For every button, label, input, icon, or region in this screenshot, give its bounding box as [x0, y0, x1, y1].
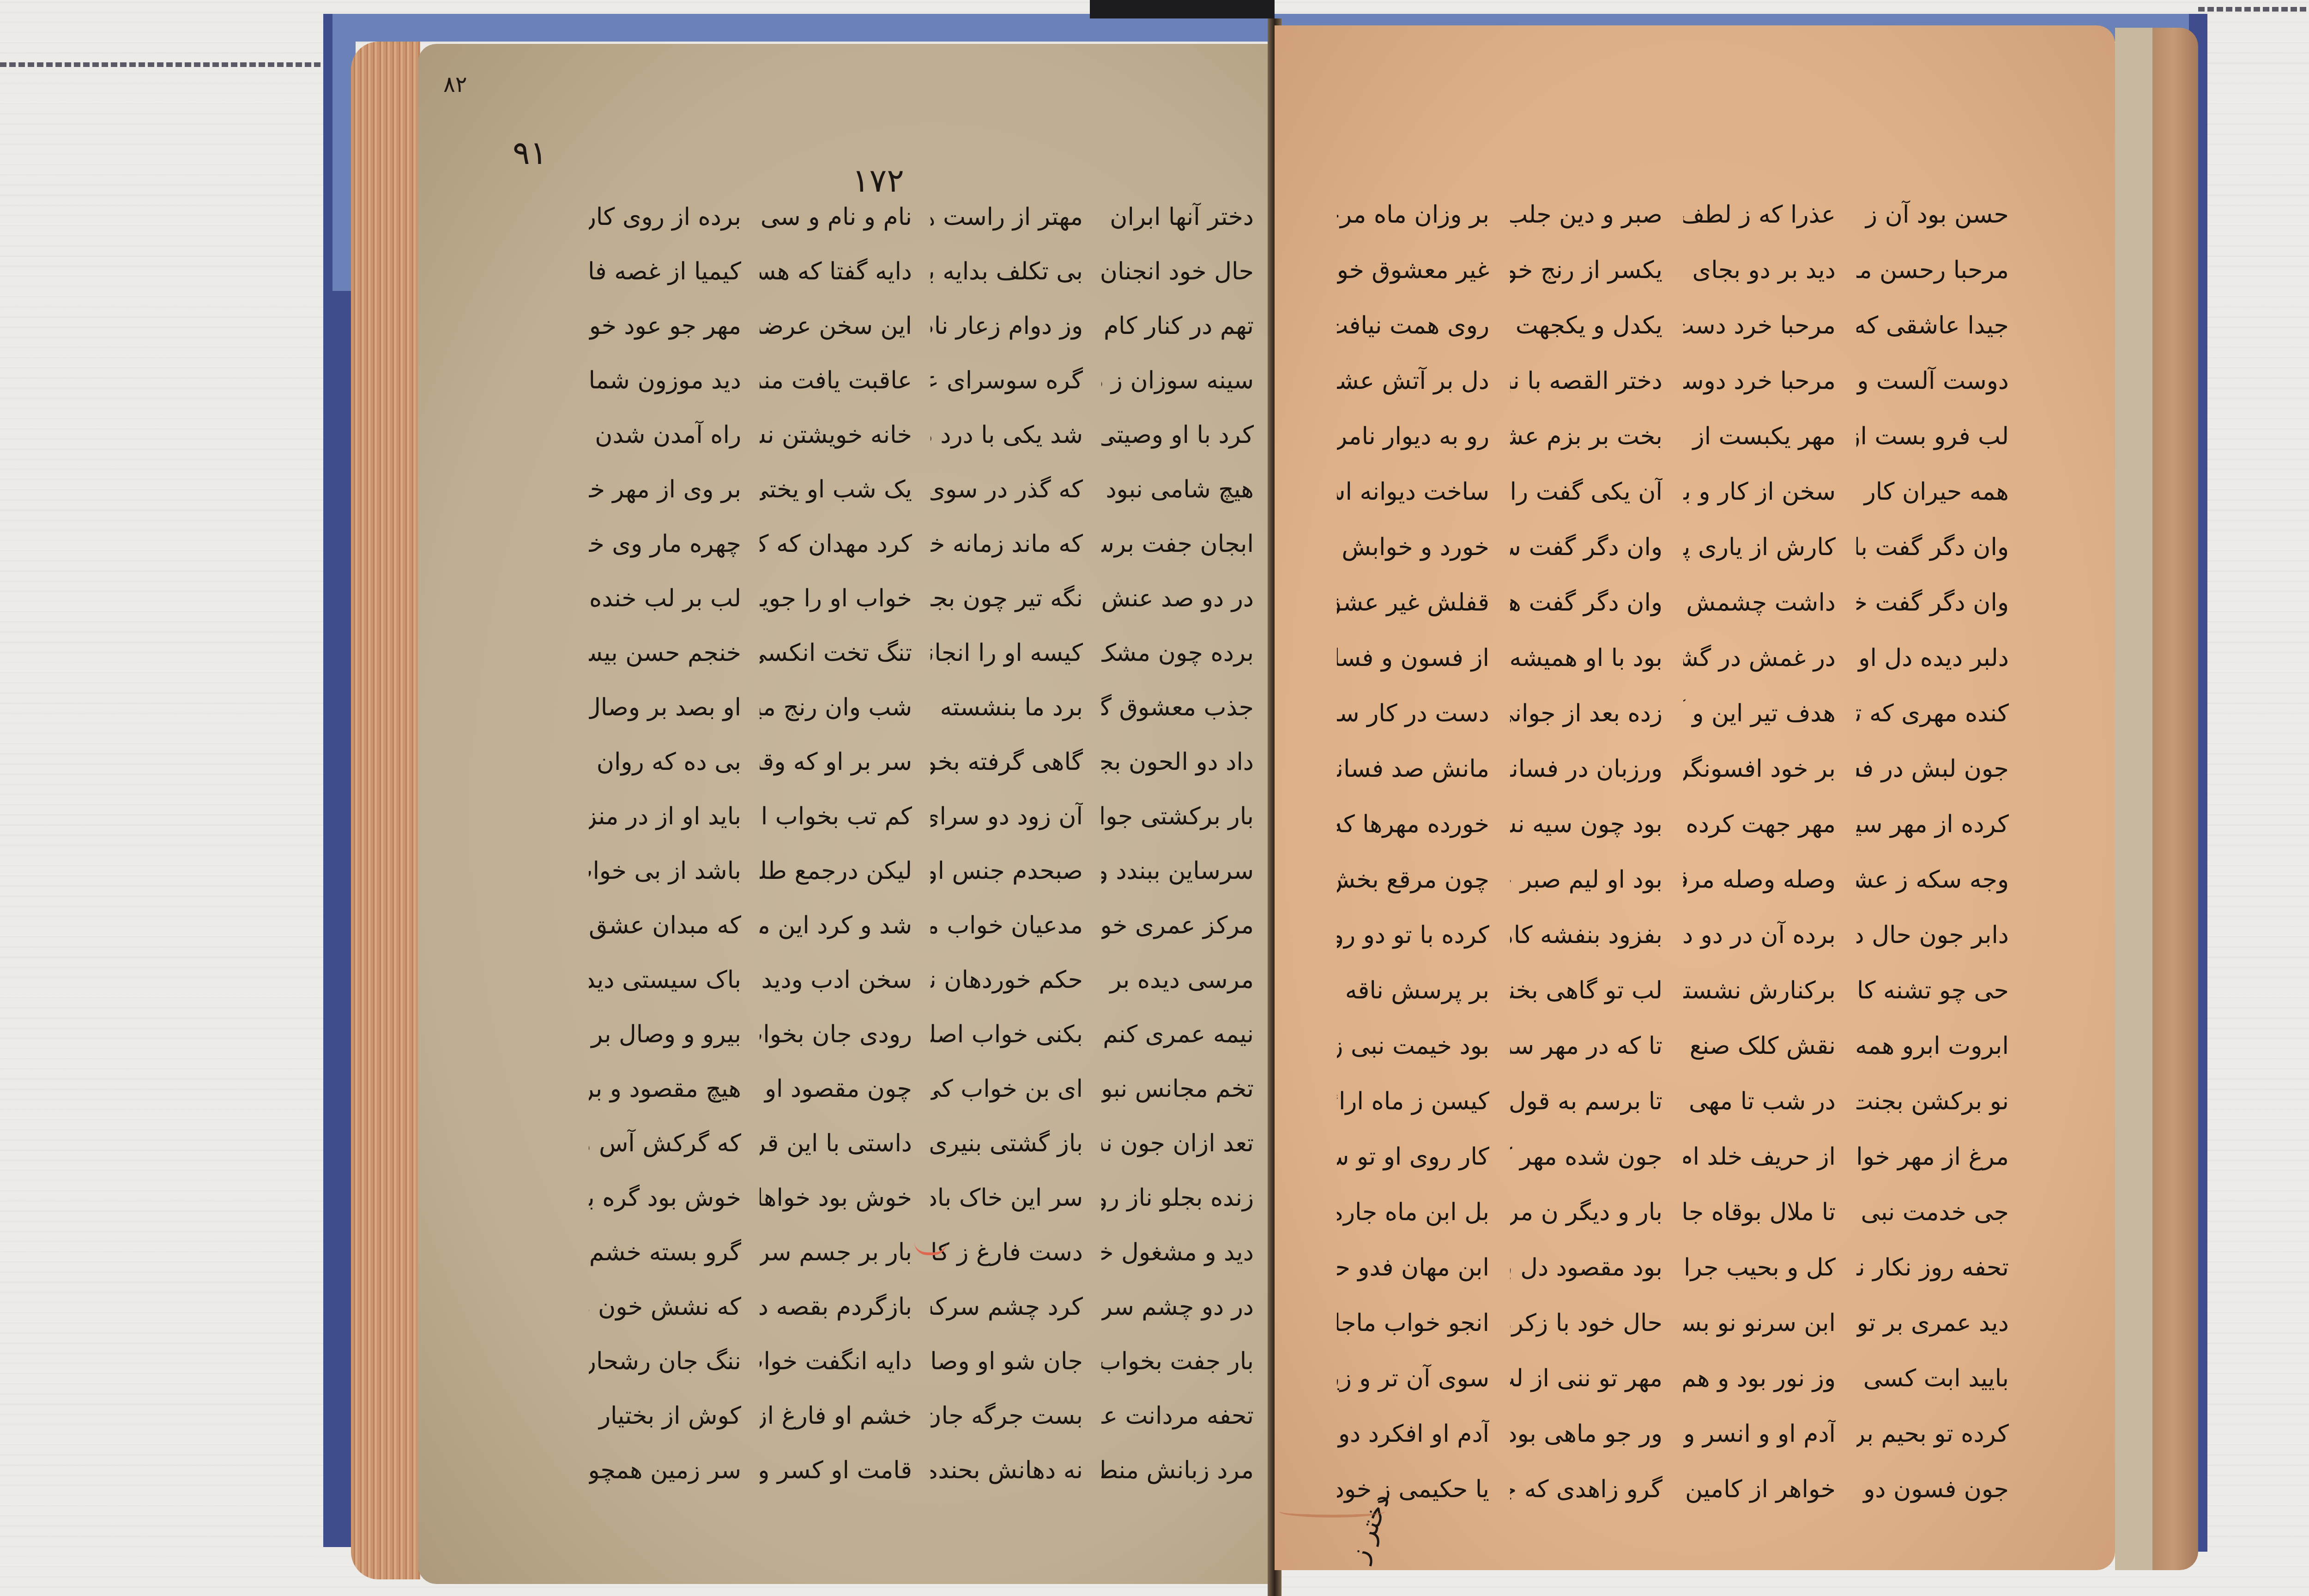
hemistich: داشت چشمش رسید از ایام	[1683, 577, 1836, 628]
hemistich: دوست آلست و دوست دیدنش	[1856, 356, 2009, 406]
hemistich: رودی جان بخواب و بیدار	[760, 1009, 912, 1060]
hemistich: سر این خاک باد و بهبستی	[931, 1173, 1083, 1223]
hemistich: آن یکی گفت راه او زد دیو	[1510, 466, 1662, 517]
hemistich: کیمیا از غصه فارغ دار	[589, 246, 741, 297]
hemistich: بار برکشتی جوابداد که مرو	[1101, 791, 1254, 842]
hemistich: مهر تو ننی از لب کشتادی	[1510, 1353, 1662, 1404]
hemistich: لب فرو بست از بر سانان	[1856, 411, 2009, 462]
verse-row: مرکز عمری خواب دیده بیستمدعیان خواب مرکز…	[570, 900, 1254, 951]
hemistich: سینه سوزان ز داغ آن جفت	[1101, 355, 1254, 406]
hemistich: بار جفت بخواب او بیدار	[1101, 1336, 1254, 1387]
hemistich: خشم او فارغ از کرشمه و ناز	[760, 1390, 912, 1441]
hemistich: مهر جو عود خویشتن بربات	[589, 301, 741, 351]
hemistich: تحفه روز نکار نامرده	[1856, 1242, 2009, 1293]
verse-row: همه حیران کار او ماندندسخن از کار و بار …	[1316, 466, 2009, 517]
hemistich: همه حیران کار او ماندند	[1856, 466, 2009, 517]
hemistich: که ماند زمانه خویش ضرر	[931, 519, 1083, 569]
hemistich: وان دگر گفت هیچ زنهان نیست	[1510, 577, 1662, 628]
hemistich: بر پرسش ناقه زبس بیرست	[1337, 965, 1489, 1016]
hemistich: هیچ مقصود و بر خواب رسیده	[589, 1064, 741, 1114]
hemistich: حال خود انجنان که واقع بود	[1101, 246, 1254, 297]
hemistich: غیر معشوق خویشتن هیچ ندید	[1337, 245, 1489, 296]
hemistich: آدم او افکرد دو جیله برون	[1337, 1409, 1489, 1459]
verse-row: سینه سوزان ز داغ آن جفتگره سوسرای عاشق س…	[570, 355, 1254, 406]
hemistich: بازگردم بقصه دختر	[760, 1282, 912, 1332]
hemistich: دست فارغ ز کار رود ورگاه	[931, 1227, 1083, 1278]
hemistich: بود مقصود دل بغنو دیت	[1510, 1242, 1662, 1293]
hemistich: صبر و دین جلب گان نو و غلام	[1510, 189, 1662, 240]
hemistich: دابر جون حال دختر آن پیر	[1856, 910, 2009, 961]
hemistich: نقش کلک صنع برسینه	[1683, 1021, 1836, 1071]
hemistich: برده از روی کار خود بکشاد	[589, 192, 741, 242]
hemistich: بخت بر بزم عشق شادی کرد	[1510, 411, 1662, 462]
hemistich: سوی آن تر و زیر و بنهادی	[1337, 1353, 1489, 1404]
verse-row: بار برکشتی جوابداد که مروآن زود دو سرای …	[570, 791, 1254, 842]
hemistich: مهر یکبست از وفی داران	[1683, 411, 1836, 462]
hemistich: تا ملال بوقاه جاره وش	[1683, 1187, 1836, 1238]
hemistich: ابن سرنو نو بست حبت	[1683, 1298, 1836, 1348]
hemistich: خانه خویشتن نشان دادی	[760, 410, 912, 460]
hemistich: برده چون مشک مشک با عنبر	[1101, 628, 1254, 678]
hemistich: جون لبش در فسون بجنبیدی	[1856, 744, 2009, 794]
hemistich: وز نور بود و هم سرو وا	[1683, 1353, 1836, 1404]
hemistich: کرده از مهر سیر دانست یقین	[1856, 799, 2009, 850]
hemistich: وصله وصله مرقع بر سرش	[1683, 854, 1836, 905]
hemistich: ور جو ماهی بود و بخم درون	[1510, 1409, 1662, 1459]
hemistich: شب وان رنج مین وتحت شش	[760, 682, 912, 733]
hemistich: مرحبا رحسن مستی در دست	[1856, 245, 2009, 296]
hemistich: بکنی خواب اصلی پیرو	[931, 1009, 1083, 1060]
hemistich: زنده بجلو ناز روشن نفس	[1101, 1173, 1254, 1223]
hemistich: که گرکش آس مجالی جس	[589, 1118, 741, 1169]
hemistich: ای بن خواب کی بیو ونس	[931, 1064, 1083, 1114]
hemistich: حسن بود آن ز صورت عذرا	[1856, 189, 2009, 240]
verse-row: دختر آنها ابران فسون چو شنیدمهتر از راست…	[570, 192, 1254, 242]
hemistich: نام و نام و سی ریک نهاد	[760, 192, 912, 242]
hemistich: بود او لیم صبر خوی او	[1510, 854, 1662, 905]
hemistich: او بصد بر وصال خرم و خوش	[589, 682, 741, 733]
hemistich: مرغ از مهر خواب نالیم حر	[1856, 1131, 2009, 1182]
hemistich: بی تکلف بدایه باز نمود	[931, 246, 1083, 297]
hemistich: هیچ شامی نبود بی سحری	[1101, 464, 1254, 515]
hemistich: کیسن ز ماه ارائه از روی با	[1337, 1076, 1489, 1127]
hemistich: دایه انگفت خواب او بحی	[760, 1336, 912, 1387]
verse-row: وان دگر گفت خوبی تمامداشت چشمش رسید از ا…	[1316, 577, 2009, 628]
verse-row: در دو چشم سر ازان بسودکرد چشم سرکشاده صب…	[570, 1282, 1254, 1332]
verse-row: جون فسون دو فرو ب بنم کاخواهر از کامین ف…	[1316, 1464, 2009, 1515]
verse-row: جی خدمت نبی کنار وشتا ملال بوقاه جاره وش…	[1316, 1187, 2009, 1238]
verse-row: بایید ابت کسی ز دواهوز نور بود و هم سرو …	[1316, 1353, 2009, 1404]
hemistich: خوش بود گره بار بیجدان	[589, 1173, 741, 1223]
hemistich: آن زود دو سرای سیاه بیرو	[931, 791, 1083, 842]
hemistich: دلبر دیده دل او داده	[1856, 633, 2009, 683]
hemistich: نه دهانش بحنده شور انگیز	[931, 1445, 1083, 1496]
left-fore-edge	[351, 42, 420, 1579]
hemistich: صبحدم جنس او نشود بیدار	[931, 846, 1083, 896]
hemistich: مرحبا خرد دوست دید از آن	[1683, 356, 1836, 406]
hemistich: کرده تو بحیم برادج جستم	[1856, 1409, 2009, 1459]
hemistich: حکم خوردهان نمک خوردی	[931, 955, 1083, 1005]
verse-row: لب فرو بست از بر سانانمهر یکبست از وفی د…	[1316, 411, 2009, 462]
verse-row: مرد زبانش منطق کو سر ریزنه دهانش بحنده ش…	[570, 1445, 1254, 1496]
hemistich: وز دوام زعار نام ترا	[931, 301, 1083, 351]
right-manuscript-page: حسن بود آن ز صورت عذراعذرا که ز لطف داده…	[1275, 25, 2115, 1570]
hemistich: مانش صد فسانه خوان دادی	[1337, 744, 1489, 794]
hemistich: دید عمری بر توجو نخت	[1856, 1298, 2009, 1348]
hemistich: روی همت نیافت از همه سو	[1337, 300, 1489, 351]
hemistich: کرده با تو دو روحی پیوند	[1337, 910, 1489, 961]
hemistich: تهم در کنار کام ترا	[1101, 301, 1254, 351]
hemistich: ننگ جان رشحار مرده	[589, 1336, 741, 1387]
hemistich: این سخن عرضه کرد کی کو کا	[760, 301, 912, 351]
hemistich: بر خود افسونگران بلرزیدی	[1683, 744, 1836, 794]
hemistich: باید او از در منزل آن جنس	[589, 791, 741, 842]
hemistich: جان شو او وصال بود روا	[931, 1336, 1083, 1387]
hemistich: در دو صد عنش بی کرده ترا	[1101, 573, 1254, 624]
hemistich: بار و دیگر ن مرجع و هلال	[1510, 1187, 1662, 1238]
verse-row: تهم در کنار کام تراوز دوام زعار نام تراا…	[570, 301, 1254, 351]
verse-row: تعد ازان جون نه بی که کامباز گشتی بنیری …	[570, 1118, 1254, 1169]
hemistich: ساخت دیوانه اش بحیله و ریو	[1337, 466, 1489, 517]
verse-row: جون لبش در فسون بجنبیدیبر خود افسونگران …	[1316, 744, 2009, 794]
hemistich: مهتر از راست هیچ چاره ندید	[931, 192, 1083, 242]
hemistich: جذب معشوق گشت حامل او	[1101, 682, 1254, 733]
hemistich: سر زمین همچو سایه انداخت	[589, 1445, 741, 1496]
hemistich: خواب او را جوید او بر کرد	[760, 573, 912, 624]
hemistich: که مبدان عشق و دو شجاع	[589, 900, 741, 951]
hemistich: یک شب او یختی خویش	[760, 464, 912, 515]
verse-row: تحفه روز نکار نامردهکل و بحیب جراحت بردب…	[1316, 1242, 2009, 1293]
verse-row: دید و مشغول خواب دل بیداردست فارغ ز کار …	[570, 1227, 1254, 1278]
folio-number-corner: ٨٢	[443, 72, 467, 97]
hemistich: گاهی گرفته بخواب خوش آرام	[931, 737, 1083, 787]
verse-row: جذب معشوق گشت حامل اوبرد ما بنشسته محمل …	[570, 682, 1254, 733]
verse-row: برده چون مشک مشک با عنبرکیسه او را انجان…	[570, 628, 1254, 678]
verse-row: حی چو تشنه کامی سر حوتبرکنارش نشسته یخبت…	[1316, 965, 2009, 1016]
hemistich: سرساین ببندد وفت بار	[1101, 846, 1254, 896]
verse-row: تحفه مردانت عشق باهر وبست جرگه جان اهزدخ…	[570, 1390, 1254, 1441]
hemistich: دایه گفتا که هست این کار	[760, 246, 912, 297]
folio-number-side: ٩١	[513, 134, 547, 172]
hemistich: مرحبا خرد دست برگرفت از پیش	[1683, 300, 1836, 351]
hemistich: بود خیمت نبی زبس سر ساز	[1337, 1021, 1489, 1071]
hemistich: کیسه او را انجانه و دختر	[931, 628, 1083, 678]
hemistich: ابن مهان فدو حمیده جراحت	[1337, 1242, 1489, 1293]
hemistich: بر وی از مهر خواب افکندی	[589, 464, 741, 515]
hemistich: در دو چشم سر ازان بسود	[1101, 1282, 1254, 1332]
verse-row: هیچ شامی نبود بی سحریکه گذر در سوی او کن…	[570, 464, 1254, 515]
hemistich: لب بر لب خنده وی خرد	[589, 573, 741, 624]
hemistich: شد یکی با درد دگر فرزند	[931, 410, 1083, 460]
hemistich: داستی با این قرین یاین	[760, 1118, 912, 1169]
hemistich: دختر القصه با نبی خورد خوا	[1510, 356, 1662, 406]
hemistich: کار روی او تو سبزه گل بیاب	[1337, 1131, 1489, 1182]
hemistich: دید و مشغول خواب دل بیدار	[1101, 1227, 1254, 1278]
hemistich: دید موزون شمایل او را	[589, 355, 741, 406]
hemistich: هدف تیر این و آن بوده	[1683, 688, 1836, 739]
hemistich: نو برکشن بجنت جو صبح دوم	[1856, 1076, 2009, 1127]
hemistich: جون شده مهر کرب تو فراب	[1510, 1131, 1662, 1182]
hemistich: وجه سکه ز عشق حیله گرش	[1856, 854, 2009, 905]
hemistich: برکنارش نشسته یخبت	[1683, 965, 1836, 1016]
hemistich: دختر آنها ابران فسون چو شنید	[1101, 192, 1254, 242]
stamp-line-top-right	[2198, 7, 2309, 12]
hemistich: مرکز عمری خواب دیده بیست	[1101, 900, 1254, 951]
hemistich: حال خود با زکرد حاکی	[1510, 1298, 1662, 1348]
hemistich: جیدا عاشقی که رست از خویش	[1856, 300, 2009, 351]
hemistich: خنجم حسن بیست از بن جهان	[589, 628, 741, 678]
stamp-line-top-left	[0, 62, 342, 67]
hemistich: خوش بود خواهاو بیداران	[760, 1173, 912, 1223]
hemistich: تخم مجانس نبود بی رو	[1101, 1064, 1254, 1114]
verse-row: جیدا عاشقی که رست از خویشمرحبا خرد دست ب…	[1316, 300, 2009, 351]
verse-row: دلبر دیده دل او دادهدر غمش در گشا کشن اف…	[1316, 633, 2009, 683]
hemistich: ابجان جفت برسر بستر	[1101, 519, 1254, 569]
hemistich: بیرو و وصال بر بیداران	[589, 1009, 741, 1060]
verse-row: مرسی دیده بر نکسار کردحکم خوردهان نمک خو…	[570, 955, 1254, 1005]
hemistich: تنگ تخت انکسی که رفت بخواب	[760, 628, 912, 678]
hemistich: داد دو الحون بجانه بر بیام	[1101, 737, 1254, 787]
hemistich: کرد چشم سرکشاده صبود	[931, 1282, 1083, 1332]
hemistich: زده بعد از جوانی گذران	[1510, 688, 1662, 739]
verse-row: در دو صد عنش بی کرده ترانگه تیر چون بجاب…	[570, 573, 1254, 624]
hemistich: گرو بسته خشم سر دیدان	[589, 1227, 741, 1278]
hemistich: مرسی دیده بر نکسار کرد	[1101, 955, 1254, 1005]
hemistich: گره سوسرای عاشق سفت	[931, 355, 1083, 406]
hemistich: انجو خواب ماجالست این	[1337, 1298, 1489, 1348]
hemistich: کوش از بختیار عوض نیاز	[589, 1390, 741, 1441]
verse-row: ابجان جفت برسر بسترکه ماند زمانه خویش ضر…	[570, 519, 1254, 569]
hemistich: دل بر آتش عشق دیده بر آب	[1337, 356, 1489, 406]
hemistich: گرو زاهدی که چو عصرو	[1510, 1464, 1662, 1515]
hemistich: در غمش در گشا کشن افتاده	[1683, 633, 1836, 683]
hemistich: تا که در مهر سر و در سر ناز	[1510, 1021, 1662, 1071]
hemistich: تعد ازان جون نه بی که کام	[1101, 1118, 1254, 1169]
hemistich: وان دگر گفت با پری شد یار	[1856, 522, 2009, 573]
hemistich: دید بر دو بجای او بنشست	[1683, 245, 1836, 296]
hemistich: جی خدمت نبی کنار وش	[1856, 1187, 2009, 1238]
hemistich: سر بر او که وقت بیکه گشت	[760, 737, 912, 787]
verse-row: داد دو الحون بجانه بر بیامگاهی گرفته بخو…	[570, 737, 1254, 787]
hemistich: ابروت ابرو همه ابر و سوسنه	[1856, 1021, 2009, 1071]
verse-row: مرحبا رحسن مستی در دستدید بر دو بجای او …	[1316, 245, 2009, 296]
hemistich: سخن ادب ودیده ساکن	[760, 955, 912, 1005]
verse-row: کرده تو بحیم برادج جستمآدم او و انسر و ب…	[1316, 1409, 2009, 1459]
hemistich: مرد زبانش منطق کو سر ریز	[1101, 1445, 1254, 1496]
hemistich: در شب تا مهی سکین کم	[1683, 1076, 1836, 1127]
verse-row: کرده از مهر سیر دانست یقینمهر جهت کرده د…	[1316, 799, 2009, 850]
verse-row: حسن بود آن ز صورت عذراعذرا که ز لطف داده…	[1316, 189, 2009, 240]
page-stain	[1279, 1505, 1385, 1517]
hemistich: یکدل و یکجهت شد و یکرو	[1510, 300, 1662, 351]
verse-row: وجه سکه ز عشق حیله گرشوصله وصله مرقع بر …	[1316, 854, 2009, 905]
hemistich: چهره مار وی خود بگشندی	[589, 519, 741, 569]
hemistich: از حریف خلد ام بستر	[1683, 1131, 1836, 1182]
hemistich: که گذر در سوی او کندی	[931, 464, 1083, 515]
hemistich: عذرا که ز لطف داده بر صحرا	[1683, 189, 1836, 240]
hemistich: بر وزان ماه مرحبه دا غلام	[1337, 189, 1489, 240]
hemistich: عاقبت یافت منزل او را	[760, 355, 912, 406]
hemistich: راه آمدن شدن به وی بکشاد	[589, 410, 741, 460]
hemistich: بایید ابت کسی ز دواه	[1856, 1353, 2009, 1404]
hemistich: بود چون سیه نش حرم در دست	[1510, 799, 1662, 850]
hemistich: رو به دیوار نامرادی کرد	[1337, 411, 1489, 462]
hemistich: خورده مهرها که دل گشت	[1337, 799, 1489, 850]
hemistich: نگه تیر چون بجاب خودی	[931, 573, 1083, 624]
hemistich: چون مرقع بخش ببداره	[1337, 854, 1489, 905]
hemistich: که نشش خون در انتظار	[589, 1282, 741, 1332]
verse-row: نیمه عمری کنم جسم اد بغنوبکنی خواب اصلی …	[570, 1009, 1254, 1060]
hemistich: وان دگر گفت ساحران بستند	[1510, 522, 1662, 573]
verse-row: سرساین ببندد وفت بارصبحدم جنس او نشود بی…	[570, 846, 1254, 896]
hemistich: کل و بحیب جراحت برد	[1683, 1242, 1836, 1293]
left-manuscript-page: ١٧٢ ٩١ ٨٢ دختر آنها ابران فسون چو شنیدمه…	[418, 44, 1275, 1584]
hemistich: جون فسون دو فرو ب بنم کا	[1856, 1464, 2009, 1515]
background-shadow	[1090, 0, 1275, 18]
verse-row: کرد با او وصیتی پیوندشد یکی با درد دگر ف…	[570, 410, 1254, 460]
hemistich: مهر جهت کرده در کرد	[1683, 799, 1836, 850]
hemistich: قفلش غیر عشق و سودا نیست	[1337, 577, 1489, 628]
hemistich: مدعیان خواب مرکز ازدهات	[931, 900, 1083, 951]
hemistich: از فسون و فسانه بر مایه	[1337, 633, 1489, 683]
hemistich: تا برسم به قول او وی برا	[1510, 1076, 1662, 1127]
hemistich: بفزود بنفشه کامی فرزند	[1510, 910, 1662, 961]
verse-row: نو برکشن بجنت جو صبح دومدر شب تا مهی سکی…	[1316, 1076, 2009, 1127]
verse-row: مرغ از مهر خواب نالیم حراز حریف خلد ام ب…	[1316, 1131, 2009, 1182]
hemistich: حی چو تشنه کامی سر حوت	[1856, 965, 2009, 1016]
verse-row: تخم مجانس نبود بی روای بن خواب کی بیو ون…	[570, 1064, 1254, 1114]
hemistich: لیکن درجمع طلب کاران	[760, 846, 912, 896]
hemistich: نیمه عمری کنم جسم اد بغنو	[1101, 1009, 1254, 1060]
hemistich: وان دگر گفت خوبی تمام	[1856, 577, 2009, 628]
hemistich: سخن از کار و بار او راندند	[1683, 466, 1836, 517]
hemistich: آدم او و انسر و بخم گند	[1683, 1409, 1836, 1459]
hemistich: خورد و خوابش بساحری بستند	[1337, 522, 1489, 573]
hemistich: خواهر از کامین فلک نینها	[1683, 1464, 1836, 1515]
verse-row: دابر جون حال دختر آن پیربرده آن در دو دی…	[1316, 910, 2009, 961]
hemistich: کرد مهدان که کشش کندی	[760, 519, 912, 569]
hemistich: کرد با او وصیتی پیوند	[1101, 410, 1254, 460]
verse-row: بار جفت بخواب او بیدارجان شو او وصال بود…	[570, 1336, 1254, 1387]
hemistich: برده آن در دو دیده جنبید	[1683, 910, 1836, 961]
hemistich: کنده مهری که تا جوان بوده	[1856, 688, 2009, 739]
hemistich: کم تب بخواب از مین بس	[760, 791, 912, 842]
verse-row: دوست آلست و دوست دیدنشمرحبا خرد دوست دید…	[1316, 356, 2009, 406]
hemistich: ورزبان در فسانه بگشادی	[1510, 744, 1662, 794]
verse-row: وان دگر گفت با پری شد یارکارش از یاری پر…	[1316, 522, 2009, 573]
hemistich: شد و کرد این مطمع ومطاع	[760, 900, 912, 951]
hemistich: بست جرگه جان اهزد	[931, 1390, 1083, 1441]
hemistich: بار بر جسم سرکش بخت	[760, 1227, 912, 1278]
hemistich: قامت او کسر و روان تر	[760, 1445, 912, 1496]
hemistich: باز گشتی بنیری آرام	[931, 1118, 1083, 1169]
hemistich: یکسر از رنج خویشتن برسید	[1510, 245, 1662, 296]
hemistich: برد ما بنشسته محمل او	[931, 682, 1083, 733]
hemistich: چون مقصود او خواب سیده	[760, 1064, 912, 1114]
hemistich: باک سیستی دیده سرنوار	[589, 955, 741, 1005]
verse-row: کنده مهری که تا جوان بودههدف تیر این و آ…	[1316, 688, 2009, 739]
hemistich: تحفه مردانت عشق باهر و	[1101, 1390, 1254, 1441]
verse-row: ابروت ابرو همه ابر و سوسنهنقش کلک صنع بر…	[1316, 1021, 2009, 1071]
hemistich: بل ابن ماه جاره حلال	[1337, 1187, 1489, 1238]
hemistich: باشد از بی خواب بیداران	[589, 846, 741, 896]
right-fore-edge	[2115, 28, 2198, 1570]
hemistich: بود با او همیشه یکدایه	[1510, 633, 1662, 683]
verse-row: حال خود انجنان که واقع بودبی تکلف بدایه …	[570, 246, 1254, 297]
hemistich: دست در کار سازی دگران	[1337, 688, 1489, 739]
verse-row: دید عمری بر توجو نختابن سرنو نو بست حبتح…	[1316, 1298, 2009, 1348]
verse-row: زنده بجلو ناز روشن نفسسر این خاک باد و ب…	[570, 1173, 1254, 1223]
hemistich: کارش از یاری پری شد زار	[1683, 522, 1836, 573]
hemistich: بی ده که روان یکبت	[589, 737, 741, 787]
hemistich: لب تو گاهی بخندان هنگام	[1510, 965, 1662, 1016]
